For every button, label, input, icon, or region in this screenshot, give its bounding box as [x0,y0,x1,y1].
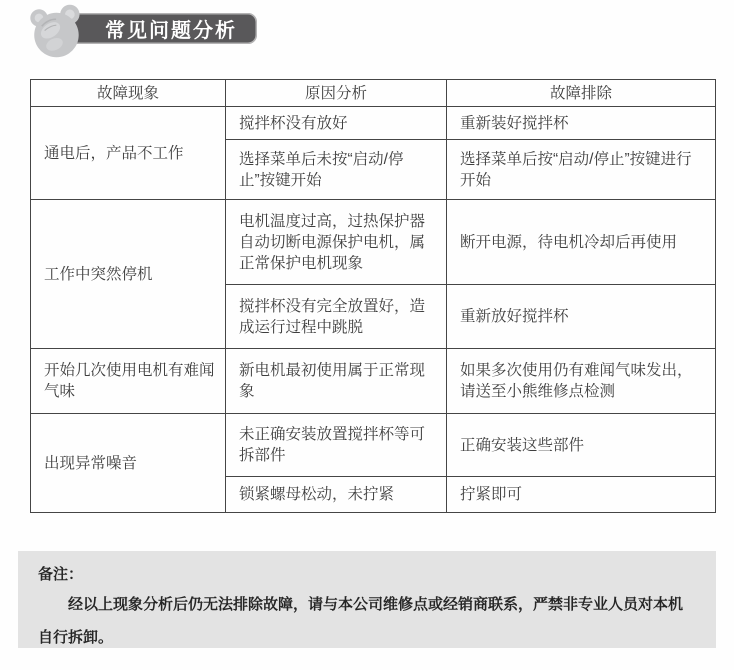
cause-cell: 选择菜单后未按“启动/停止”按键开始 [226,140,447,200]
cause-cell: 电机温度过高，过热保护器自动切断电源保护电机，属正常保护电机现象 [226,200,447,285]
solution-cell: 拧紧即可 [447,477,716,513]
cause-cell: 新电机最初使用属于正常现象 [226,349,447,414]
col-header-solution: 故障排除 [447,80,716,107]
solution-cell: 重新放好搅拌杯 [447,285,716,349]
table-row: 开始几次使用电机有难闻气味 新电机最初使用属于正常现象 如果多次使用仍有难闻气味… [31,349,716,414]
col-header-phenomenon: 故障现象 [31,80,226,107]
phenomenon-cell: 工作中突然停机 [31,200,226,349]
col-header-cause: 原因分析 [226,80,447,107]
note-box: 备注： 经以上现象分析后仍无法排除故障，请与本公司维修点或经销商联系，严禁非专业… [18,551,716,648]
solution-cell: 如果多次使用仍有难闻气味发出，请送至小熊维修点检测 [447,349,716,414]
troubleshooting-table: 故障现象 原因分析 故障排除 通电后，产品不工作 搅拌杯没有放好 重新装好搅拌杯… [30,79,716,513]
table-row: 工作中突然停机 电机温度过高，过热保护器自动切断电源保护电机，属正常保护电机现象… [31,200,716,285]
solution-cell: 断开电源，待电机冷却后再使用 [447,200,716,285]
section-title: 常见问题分析 [105,14,237,43]
note-label: 备注： [38,563,696,584]
phenomenon-cell: 出现异常噪音 [31,414,226,513]
phenomenon-cell: 开始几次使用电机有难闻气味 [31,349,226,414]
cause-cell: 搅拌杯没有完全放置好，造成运行过程中跳脱 [226,285,447,349]
solution-cell: 正确安装这些部件 [447,414,716,477]
solution-cell: 选择菜单后按“启动/停止”按键进行开始 [447,140,716,200]
cause-cell: 搅拌杯没有放好 [226,107,447,140]
table-header-row: 故障现象 原因分析 故障排除 [31,80,716,107]
bear-logo-icon [18,2,96,60]
manual-page: 常见问题分析 故障现象 原因分析 故障排除 通电后，产品不工作 搅拌杯没有放好 … [0,0,734,670]
note-text: 经以上现象分析后仍无法排除故障，请与本公司维修点或经销商联系，严禁非专业人员对本… [38,588,696,654]
cause-cell: 锁紧螺母松动，未拧紧 [226,477,447,513]
solution-cell: 重新装好搅拌杯 [447,107,716,140]
table-row: 出现异常噪音 未正确安装放置搅拌杯等可拆部件 正确安装这些部件 [31,414,716,477]
table-row: 通电后，产品不工作 搅拌杯没有放好 重新装好搅拌杯 [31,107,716,140]
cause-cell: 未正确安装放置搅拌杯等可拆部件 [226,414,447,477]
phenomenon-cell: 通电后，产品不工作 [31,107,226,200]
